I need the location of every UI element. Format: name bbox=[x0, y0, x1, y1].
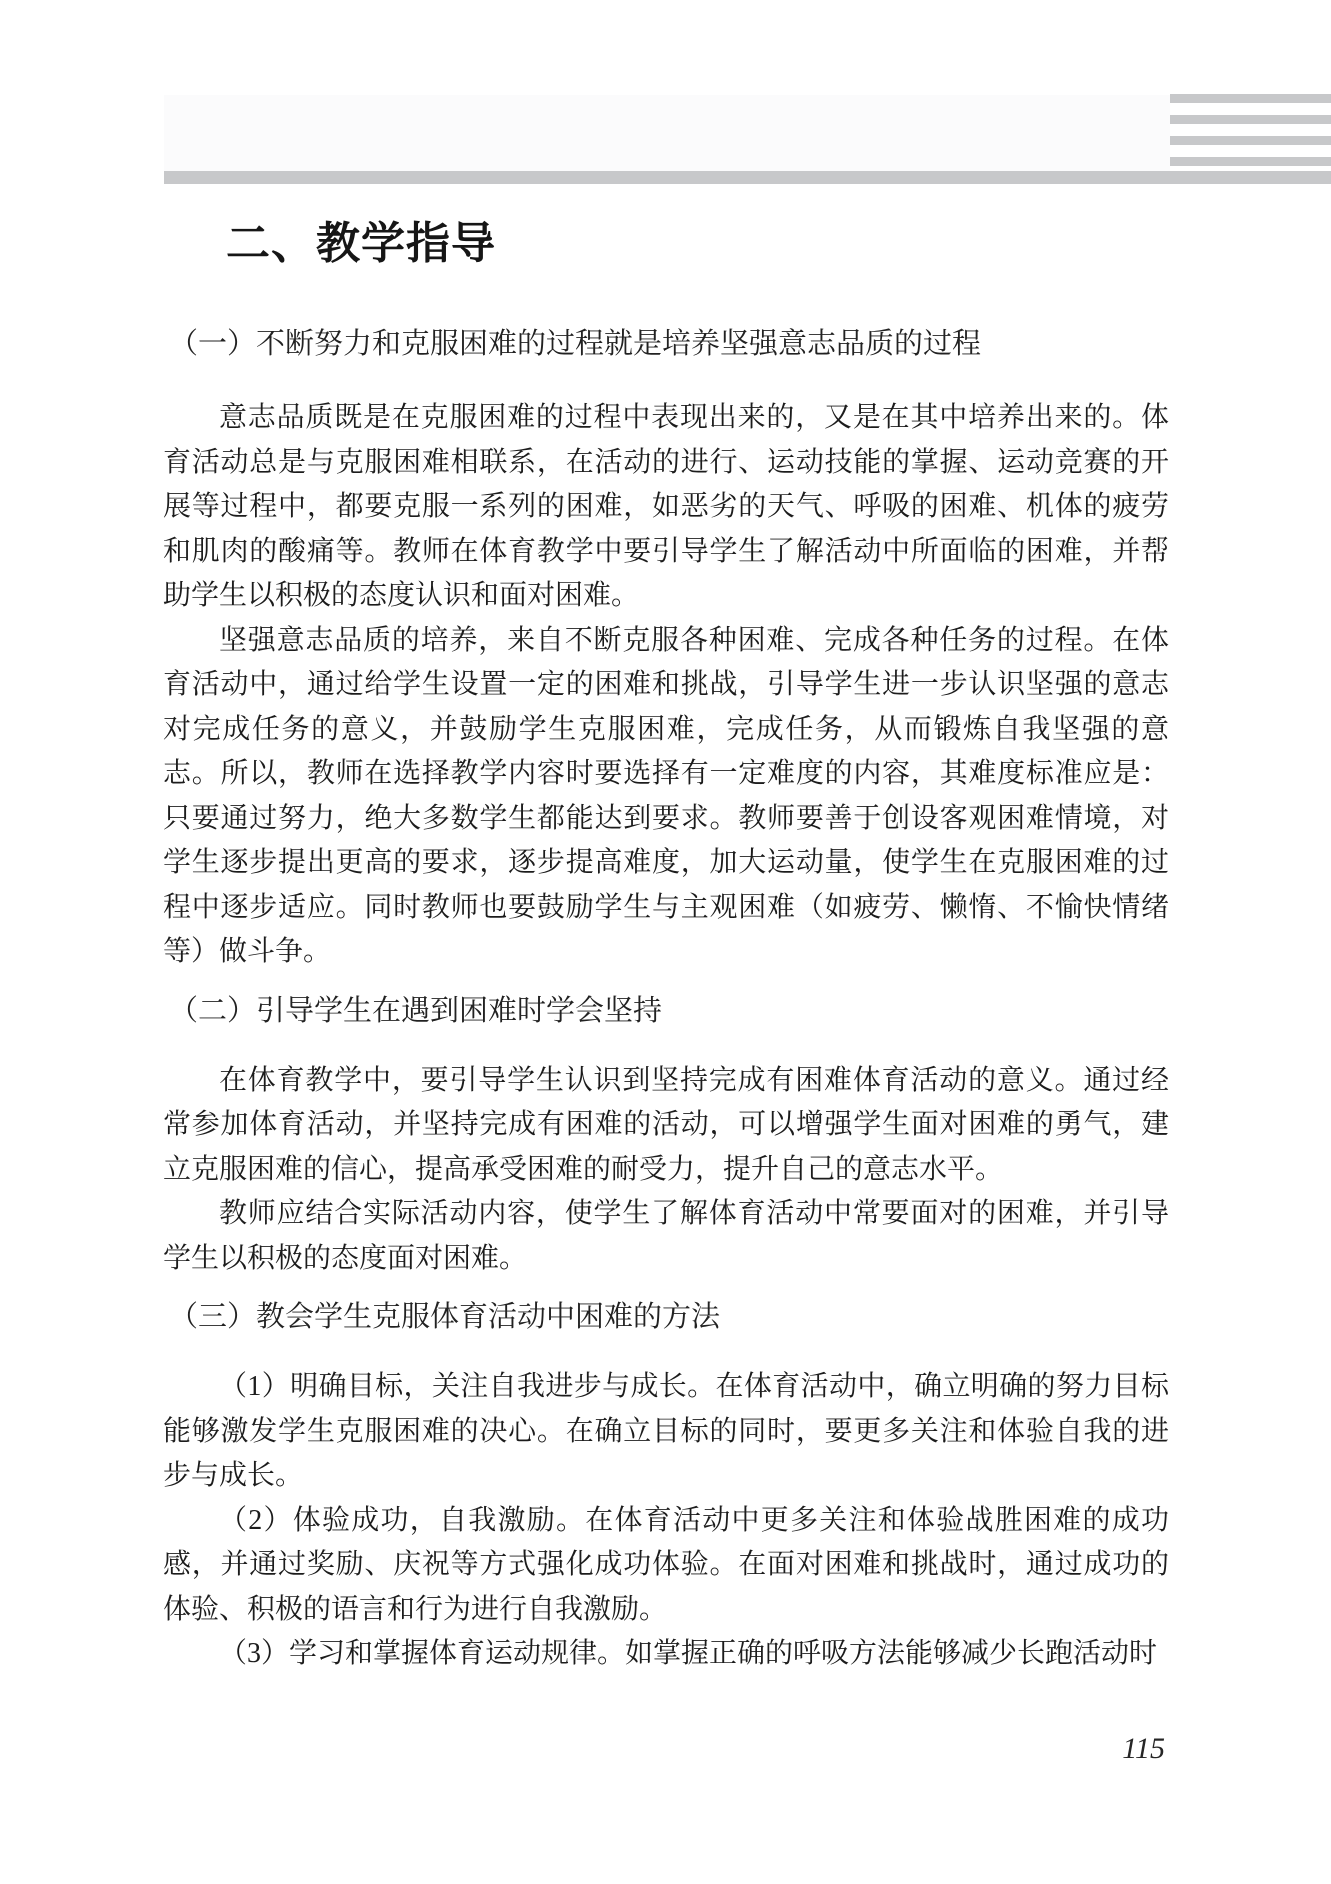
header-stripe-2 bbox=[1170, 115, 1331, 124]
paragraph: 意志品质既是在克服困难的过程中表现出来的，又是在其中培养出来的。体育活动总是与克… bbox=[163, 396, 1169, 619]
chapter-title: 二、教学指导 bbox=[226, 218, 1169, 270]
paragraph: 坚强意志品质的培养，来自不断克服各种困难、完成各种任务的过程。在体育活动中，通过… bbox=[163, 619, 1169, 975]
document-page: 二、教学指导 （一）不断努力和克服困难的过程就是培养坚强意志品质的过程 意志品质… bbox=[0, 0, 1331, 1884]
page-content: 二、教学指导 （一）不断努力和克服困难的过程就是培养坚强意志品质的过程 意志品质… bbox=[163, 0, 1169, 1677]
header-stripe-3 bbox=[1170, 136, 1331, 145]
page-number: 115 bbox=[1122, 1732, 1165, 1766]
header-stripe-4 bbox=[1170, 157, 1331, 166]
header-stripe-1 bbox=[1170, 94, 1331, 103]
paragraph: （3）学习和掌握体育运动规律。如掌握正确的呼吸方法能够减少长跑活动时 bbox=[163, 1632, 1169, 1677]
section-heading-2: （二）引导学生在遇到困难时学会坚持 bbox=[169, 989, 1169, 1033]
paragraph: （1）明确目标，关注自我进步与成长。在体育活动中，确立明确的努力目标能够激发学生… bbox=[163, 1365, 1169, 1499]
section-heading-3: （三）教会学生克服体育活动中困难的方法 bbox=[169, 1295, 1169, 1339]
paragraph: （2）体验成功，自我激励。在体育活动中更多关注和体验战胜困难的成功感，并通过奖励… bbox=[163, 1499, 1169, 1633]
section-heading-1: （一）不断努力和克服困难的过程就是培养坚强意志品质的过程 bbox=[169, 322, 1169, 366]
paragraph: 在体育教学中，要引导学生认识到坚持完成有困难体育活动的意义。通过经常参加体育活动… bbox=[163, 1059, 1169, 1193]
paragraph: 教师应结合实际活动内容，使学生了解体育活动中常要面对的困难，并引导学生以积极的态… bbox=[163, 1192, 1169, 1281]
